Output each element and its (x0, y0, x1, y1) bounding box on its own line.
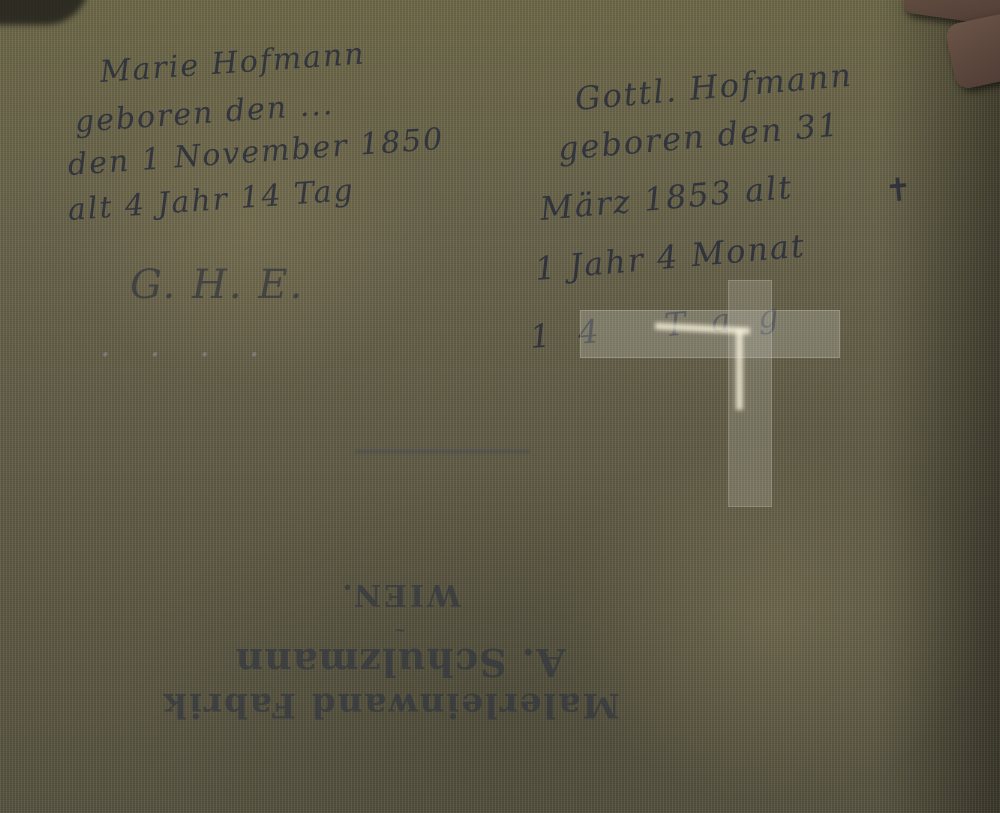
tape-patch-vertical (728, 280, 772, 507)
inscription-line: Marie Hofmann (99, 36, 367, 89)
inscription-line: 1 Jahr 4 Monat (533, 226, 807, 288)
stretcher-wedge (944, 11, 1000, 90)
stamp-line: WIEN. (180, 577, 620, 612)
cross-mark-icon: ✝ (883, 170, 915, 210)
tape-patch-horizontal (580, 310, 840, 358)
chalk-marks: · · · · (100, 335, 274, 375)
initials: G. H. E. (130, 262, 304, 308)
manufacturer-stamp: Malerleinwand Fabrik A. Schulzmann ~ WIE… (180, 525, 620, 725)
inscription-line: März 1853 alt (538, 168, 794, 228)
inscription-line: alt 4 Jahr 14 Tag (67, 173, 356, 228)
tape-glare (736, 330, 743, 410)
stamp-line: ~ (180, 622, 620, 638)
stamp-line: A. Schulzmann (180, 640, 620, 685)
pencil-line (355, 450, 530, 453)
corner-shadow (0, 0, 90, 25)
stamp-line: Malerleinwand Fabrik (180, 685, 620, 725)
canvas-back-photo: Marie Hofmann geboren den ... den 1 Nove… (0, 0, 1000, 813)
